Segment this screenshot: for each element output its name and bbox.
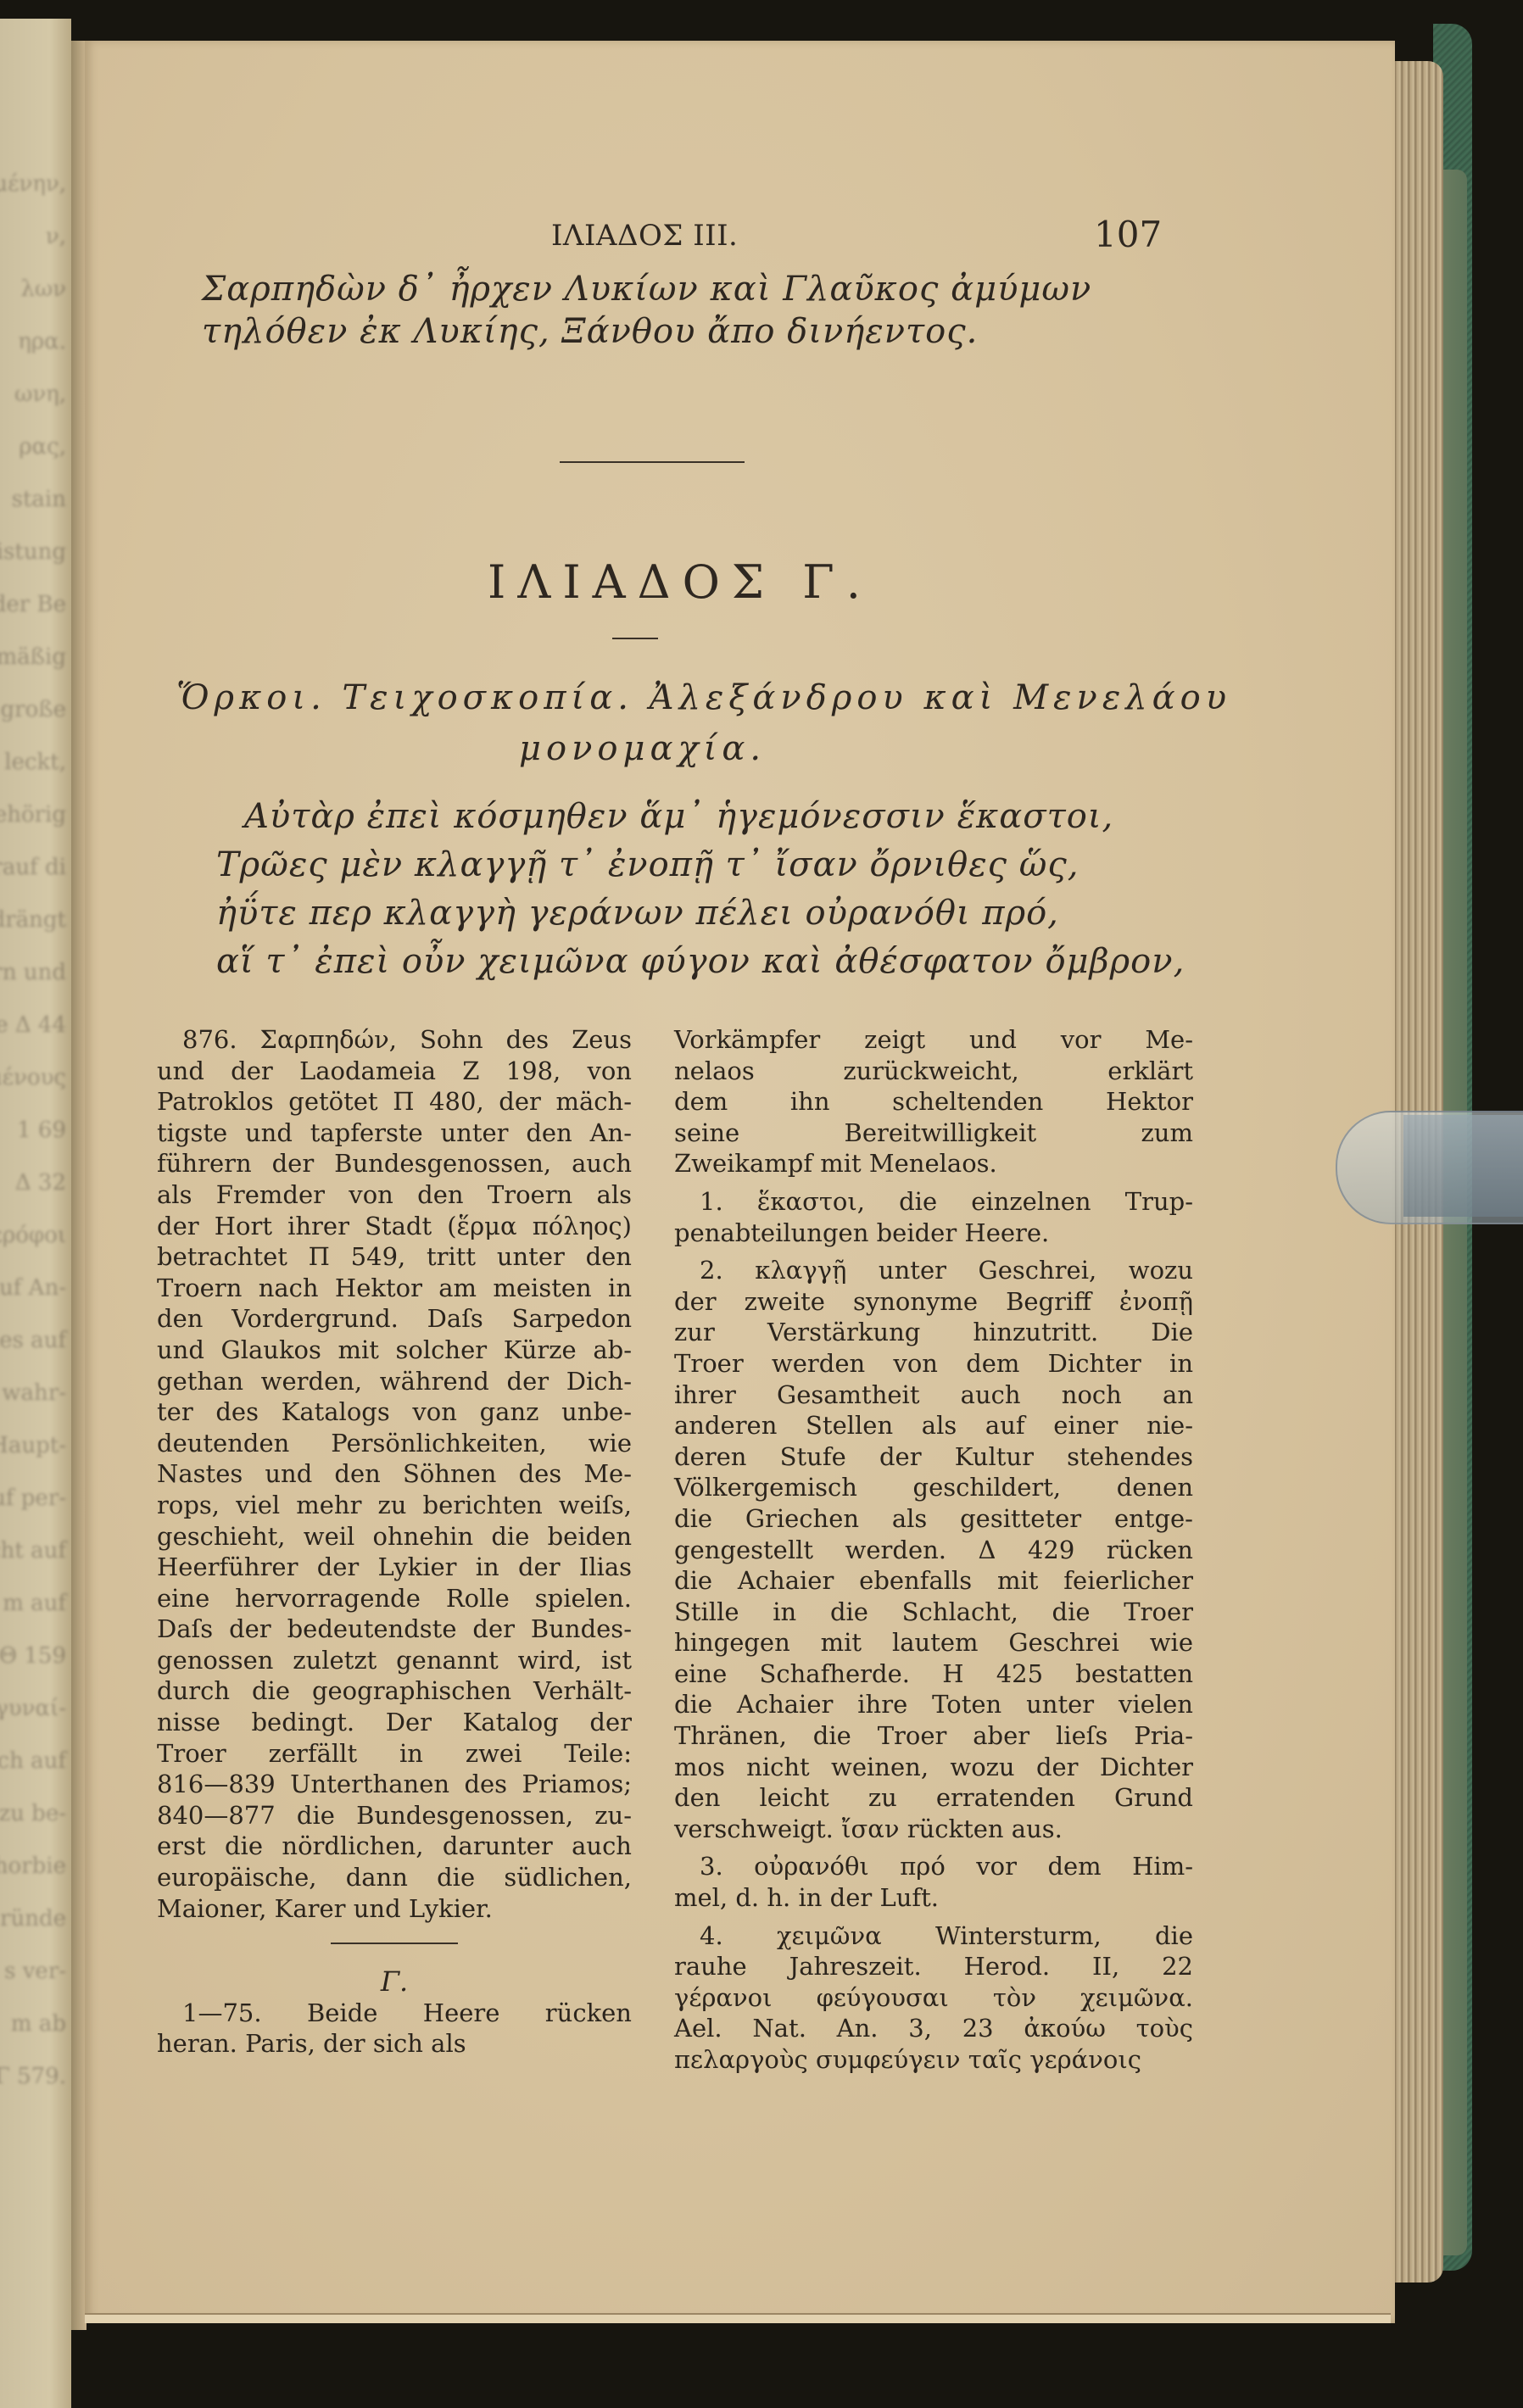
commentary-line: Ael. Nat. An. 3, 23 ἀκούω τοὺς	[674, 2013, 1193, 2044]
facing-page-fragment: Haupt-	[0, 1433, 66, 1458]
verse-line-3: ἠΰτε περ κλαγγὴ γεράνων πέλει οὐρανόθι π…	[216, 894, 1059, 933]
facing-page-fragment: Θ 159	[0, 1643, 66, 1669]
facing-page-fragment: ἠερόφοι	[0, 1223, 66, 1248]
facing-page-fragment: auf An-	[0, 1275, 66, 1301]
facing-page-fragment: 1 69	[17, 1118, 66, 1143]
facing-page-fragment: m ab	[11, 2011, 66, 2037]
commentary-line: durch die geographischen Verhält-	[157, 1675, 632, 1707]
commentary-line: den Vordergrund. Daſs Sarpedon	[157, 1303, 632, 1335]
commentary-line: rops, viel mehr zu berichten weiſs,	[157, 1490, 632, 1521]
commentary-line: nisse bedingt. Der Katalog der	[157, 1707, 632, 1738]
commentary-line: seine Bereitwilligkeit zum	[674, 1118, 1193, 1149]
verse-line: τηλόθεν ἐκ Λυκίης, Ξάνθου ἄπο δινήεντος.	[202, 312, 978, 351]
verse-line: Σαρπηδὼν δ᾽ ἦρχεν Λυκίων καὶ Γλαῦκος ἀμύ…	[202, 270, 1091, 309]
facing-page-fragment: horbie	[0, 1853, 66, 1879]
facing-page-fragment: leckt,	[4, 750, 66, 775]
page-bottom-edge	[85, 2313, 1391, 2323]
facing-page-fragment: ch auf	[0, 1748, 66, 1774]
page-clip-shaft	[1403, 1115, 1523, 1217]
commentary-line: Troern nach Hektor am meisten in	[157, 1273, 632, 1304]
facing-page-fragment: ichtgehörig	[0, 802, 66, 828]
commentary-line: 816—839 Unterthanen des Priamos;	[157, 1769, 632, 1800]
commentary-line: gengestellt werden. Δ 429 rücken	[674, 1535, 1193, 1566]
commentary-line: Troer werden von dem Dichter in	[674, 1348, 1193, 1380]
commentary-line: Zweikampf mit Menelaos.	[674, 1148, 1193, 1179]
commentary-line: die Achaier ebenfalls mit feierlicher	[674, 1565, 1193, 1597]
commentary-line: Heerführer der Lykier in der Ilias	[157, 1552, 632, 1583]
commentary-line: erst die nördlichen, darunter auch	[157, 1831, 632, 1862]
commentary-line: eine hervorragende Rolle spielen.	[157, 1583, 632, 1614]
divider-rule	[560, 461, 745, 463]
commentary-line: zur Verstärkung hinzutritt. Die	[674, 1317, 1193, 1348]
commentary-line: Patroklos getötet Π 480, der mäch-	[157, 1086, 632, 1118]
commentary-line: der Hort ihrer Stadt (ἕρμα πόληος)	[157, 1211, 632, 1242]
facing-page-fragment: Γ 579.	[0, 2064, 66, 2089]
commentary-line: 840—877 die Bundesgenossen, zu-	[157, 1800, 632, 1831]
commentary-line: gethan werden, während der Dich-	[157, 1366, 632, 1397]
commentary-line: Troer zerfällt in zwei Teile:	[157, 1738, 632, 1770]
facing-page-fragment: ηρα.	[18, 329, 66, 354]
commentary-line: Daſs der bedeutendste der Bundes-	[157, 1614, 632, 1645]
book-summary-line: μονομαχία.	[519, 729, 766, 768]
commentary-line: Stille in die Schlacht, die Troer	[674, 1597, 1193, 1628]
facing-page-fragment: der Be	[0, 592, 66, 617]
facing-page-fragment: s wahr-	[0, 1380, 66, 1406]
commentary-line: betrachtet Π 549, tritt unter den	[157, 1241, 632, 1273]
commentary-line: und Glaukos mit solcher Kürze ab-	[157, 1335, 632, 1366]
commentary-line: der zweite synonyme Begriff ἐνοπῇ	[674, 1286, 1193, 1318]
facing-page-fragment: γυναί-	[0, 1696, 66, 1721]
commentary-line: penabteilungen beider Heere.	[674, 1218, 1193, 1249]
facing-page-fragment: zurückdrängt	[0, 907, 66, 933]
commentary-line: genossen zuletzt genannt wird, ist	[157, 1645, 632, 1676]
facing-page-fragment: st große	[0, 697, 66, 722]
facing-page-fragment: worauf di	[0, 855, 66, 880]
divider-rule-short	[612, 638, 658, 639]
facing-page-fragment: Leistung	[0, 539, 66, 565]
facing-page-fragment: wie Δ 44	[0, 1012, 66, 1038]
commentary-line: anderen Stellen als auf einer nie-	[674, 1410, 1193, 1441]
book-title: ΙΛΙΑΔΟΣ Γ.	[488, 555, 873, 609]
commentary-line: die Achaier ihre Toten unter vielen	[674, 1689, 1193, 1720]
running-head: ΙΛΙΑΔΟΣ III.	[551, 219, 738, 253]
facing-page-fragment: übermäßig	[0, 644, 66, 670]
commentary-line: Völkergemisch geschildert, denen	[674, 1472, 1193, 1503]
facing-page-fragment: ründe	[0, 1906, 66, 1931]
commentary-line: als Fremder von den Troern als	[157, 1179, 632, 1211]
facing-page-fragment: icht auf	[0, 1538, 66, 1564]
commentary-line: den leicht zu erratenden Grund	[674, 1782, 1193, 1814]
commentary-line: ter des Katalogs von ganz unbe-	[157, 1396, 632, 1428]
commentary-line: Nastes und den Söhnen des Me-	[157, 1458, 632, 1490]
commentary-line: dem ihn scheltenden Hektor	[674, 1086, 1193, 1118]
section-heading: Γ.	[157, 1966, 632, 1998]
commentary-line: 4. χειμῶνα Wintersturm, die	[674, 1920, 1193, 1952]
facing-page-fragment: gern und	[0, 960, 66, 985]
commentary-line: γέρανοι φεύγουσαι τὸν χειμῶνα.	[674, 1982, 1193, 2014]
facing-page-fragment: ies auf	[0, 1328, 66, 1353]
facing-page-fragment: stain	[12, 487, 66, 512]
commentary-line: deutenden Persönlichkeiten, wie	[157, 1428, 632, 1459]
facing-page-fragment: λων	[21, 276, 67, 302]
book-summary-line: Ὅρκοι. Τειχοσκοπία. Ἀλεξάνδρου καὶ Μενελ…	[176, 678, 1231, 717]
facing-page-fragment: ὑλομένους	[0, 1065, 66, 1090]
commentary-right-column: Vorkämpfer zeigt und vor Me-nelaos zurüc…	[674, 1024, 1193, 2076]
commentary-line: nelaos zurückweicht, erklärt	[674, 1056, 1193, 1087]
commentary-line: und der Laodameia Z 198, von	[157, 1056, 632, 1087]
commentary-line: ihrer Gesamtheit auch noch an	[674, 1380, 1193, 1411]
commentary-line: mos nicht weinen, wozu der Dichter	[674, 1752, 1193, 1783]
commentary-left-column: 876. Σαρπηδών, Sohn des Zeusund der Laod…	[157, 1024, 632, 2060]
commentary-line: mel, d. h. in der Luft.	[674, 1882, 1193, 1914]
commentary-line: 1—75. Beide Heere rücken	[157, 1998, 632, 2029]
commentary-line: Maioner, Karer und Lykier.	[157, 1893, 632, 1925]
commentary-line: πελαργοὺς συμφεύγειν ταῖς γεράνοις	[674, 2044, 1193, 2076]
facing-page-fragment: ὑμένην,	[0, 171, 66, 197]
commentary-line: rauhe Jahreszeit. Herod. II, 22	[674, 1951, 1193, 1982]
verse-line-2: Τρῶες μὲν κλαγγῇ τ᾽ ἐνοπῇ τ᾽ ἴσαν ὄρνιθε…	[216, 845, 1079, 884]
commentary-line: hingegen mit lautem Geschrei wie	[674, 1627, 1193, 1658]
commentary-line: deren Stufe der Kultur stehendes	[674, 1441, 1193, 1473]
commentary-line: eine Schafherde. Η 425 bestatten	[674, 1658, 1193, 1690]
commentary-line: geschieht, weil ohnehin die beiden	[157, 1521, 632, 1552]
verse-line-1: Αὐτὰρ ἐπεὶ κόσμηθεν ἅμ᾽ ἡγεμόνεσσιν ἕκασ…	[244, 797, 1113, 836]
facing-page-fragment: Δ 32	[15, 1170, 66, 1196]
facing-page-fragment: ρας,	[19, 434, 66, 460]
verse-line-4: αἵ τ᾽ ἐπεὶ οὖν χειμῶνα φύγον καὶ ἀθέσφατ…	[216, 942, 1185, 981]
commentary-line: europäische, dann die südlichen,	[157, 1862, 632, 1893]
facing-page-edge: ὑμένην,ν,λωνηρα.ωνη,ρας,stainLeistungder…	[0, 19, 71, 2408]
commentary-line: heran. Paris, der sich als	[157, 2028, 632, 2060]
commentary-line: verschweigt. ἴσαν rückten aus.	[674, 1814, 1193, 1845]
commentary-line: die Griechen als gesitteter entge-	[674, 1503, 1193, 1535]
facing-page-fragment: s ver-	[4, 1959, 66, 1984]
commentary-line: 1. ἕκαστοι, die einzelnen Trup-	[674, 1186, 1193, 1218]
commentary-line: tigste und tapferste unter den An-	[157, 1118, 632, 1149]
facing-page-fragment: ν,	[46, 224, 66, 249]
commentary-line: 3. οὐρανόθι πρό vor dem Him-	[674, 1851, 1193, 1882]
commentary-line: Vorkämpfer zeigt und vor Me-	[674, 1024, 1193, 1056]
page-number: 107	[1094, 214, 1162, 255]
facing-page-fragment: auf per-	[0, 1485, 66, 1511]
facing-page-fragment: m auf	[3, 1591, 66, 1616]
commentary-line: 876. Σαρπηδών, Sohn des Zeus	[157, 1024, 632, 1056]
facing-page-fragment: ωνη,	[14, 382, 66, 407]
commentary-line: 2. κλαγγῇ unter Geschrei, wozu	[674, 1255, 1193, 1286]
commentary-line: führern der Bundesgenossen, auch	[157, 1148, 632, 1179]
commentary-line: Thränen, die Troer aber lieſs Pria-	[674, 1720, 1193, 1752]
section-rule	[331, 1943, 458, 1944]
facing-page-fragment: zu be-	[0, 1801, 66, 1826]
